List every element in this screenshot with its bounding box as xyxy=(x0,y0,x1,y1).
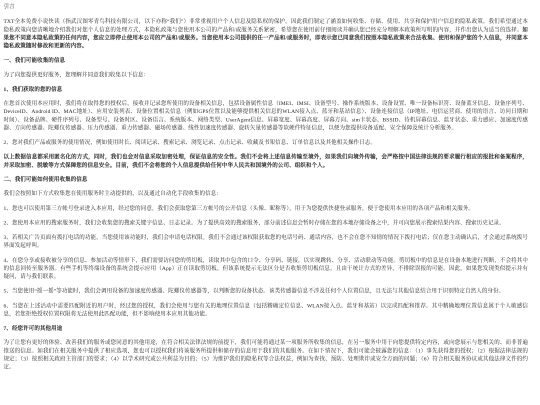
section2-item7-body: 为了让您有更好的体验、改善我们的服务或您同意的其他用途，在符合相关法律法规的前提… xyxy=(4,339,529,372)
section2-heading: 二、我们可能如何使用收集的信息 xyxy=(4,175,529,183)
list-item: 4、在您分享或接收被分享的信息、参加活动等情形下，我们需要访问您的剪切板，读取其… xyxy=(4,256,529,280)
list-item: 6、当您在上述活动中需要匹配附近的用户时，经过您的授权，我们会使用与您有关的地理… xyxy=(4,302,529,318)
list-item: 2、您使用本应用的搜索服务时，我们会收集您的搜索关键字信息、日志记录。为了提供高… xyxy=(4,219,529,227)
list-item: 1、您也可以使用第三方帐号登录进入本应用，经过您的同意，我们会获取您第三方帐号的… xyxy=(4,204,529,212)
section1-lead: 为了向您提供更好服务，您理解并同意我们收集以下信息： xyxy=(4,71,529,79)
intro-text: TXT全本免费小说快读（指武汉图零青鸟科技有限公司，以下亦称“我们”）非常重视用… xyxy=(4,19,529,33)
section2-lead: 我们会按照如下方式收集您在使用服务时主动提供的，以及通过自动化手段收集的信息： xyxy=(4,190,529,198)
section1-security-note: 以上数据信息都采用匿名化的方式，同时，我们也会对信息采取加密处理，保证信息的安全… xyxy=(4,153,529,169)
intro-paragraph: TXT全本免费小说快读（指武汉图零青鸟科技有限公司，以下亦称“我们”）非常重视用… xyxy=(4,18,529,51)
list-item: 5、当您使用“摇一摇”等功能时，我们会调用设备的加速度传感器、陀螺仪传感器等，以… xyxy=(4,287,529,295)
section1-heading: 一、我们可能收集的信息 xyxy=(4,57,529,65)
section1-item1-body: 在您首次使用本应用时，我们将在取得您的授权后，接收并记录您所使用的设备相关信息，… xyxy=(4,100,529,133)
section1-item1-heading: 1、我们获取的您的信息 xyxy=(4,85,529,93)
list-item: 3、若相关广告页面有拨打电话的功能，当您使用该功能时，我们会申请电话权限。我们不… xyxy=(4,234,529,250)
section2-item7-heading: 7、经您许可的其他用途 xyxy=(4,325,529,333)
document-body: 引言 TXT全本免费小说快读（指武汉图零青鸟科技有限公司，以下亦称“我们”）非常… xyxy=(0,0,532,371)
section1-item2: 2、您对我们产品或服务的使用情况，例如使用时长、阅读记录、搜索记录、浏览记录、点… xyxy=(4,139,529,147)
intro-heading: 引言 xyxy=(4,3,529,11)
privacy-policy-page: 引言 TXT全本免费小说快读（指武汉图零青鸟科技有限公司，以下亦称“我们”）非常… xyxy=(0,0,540,405)
